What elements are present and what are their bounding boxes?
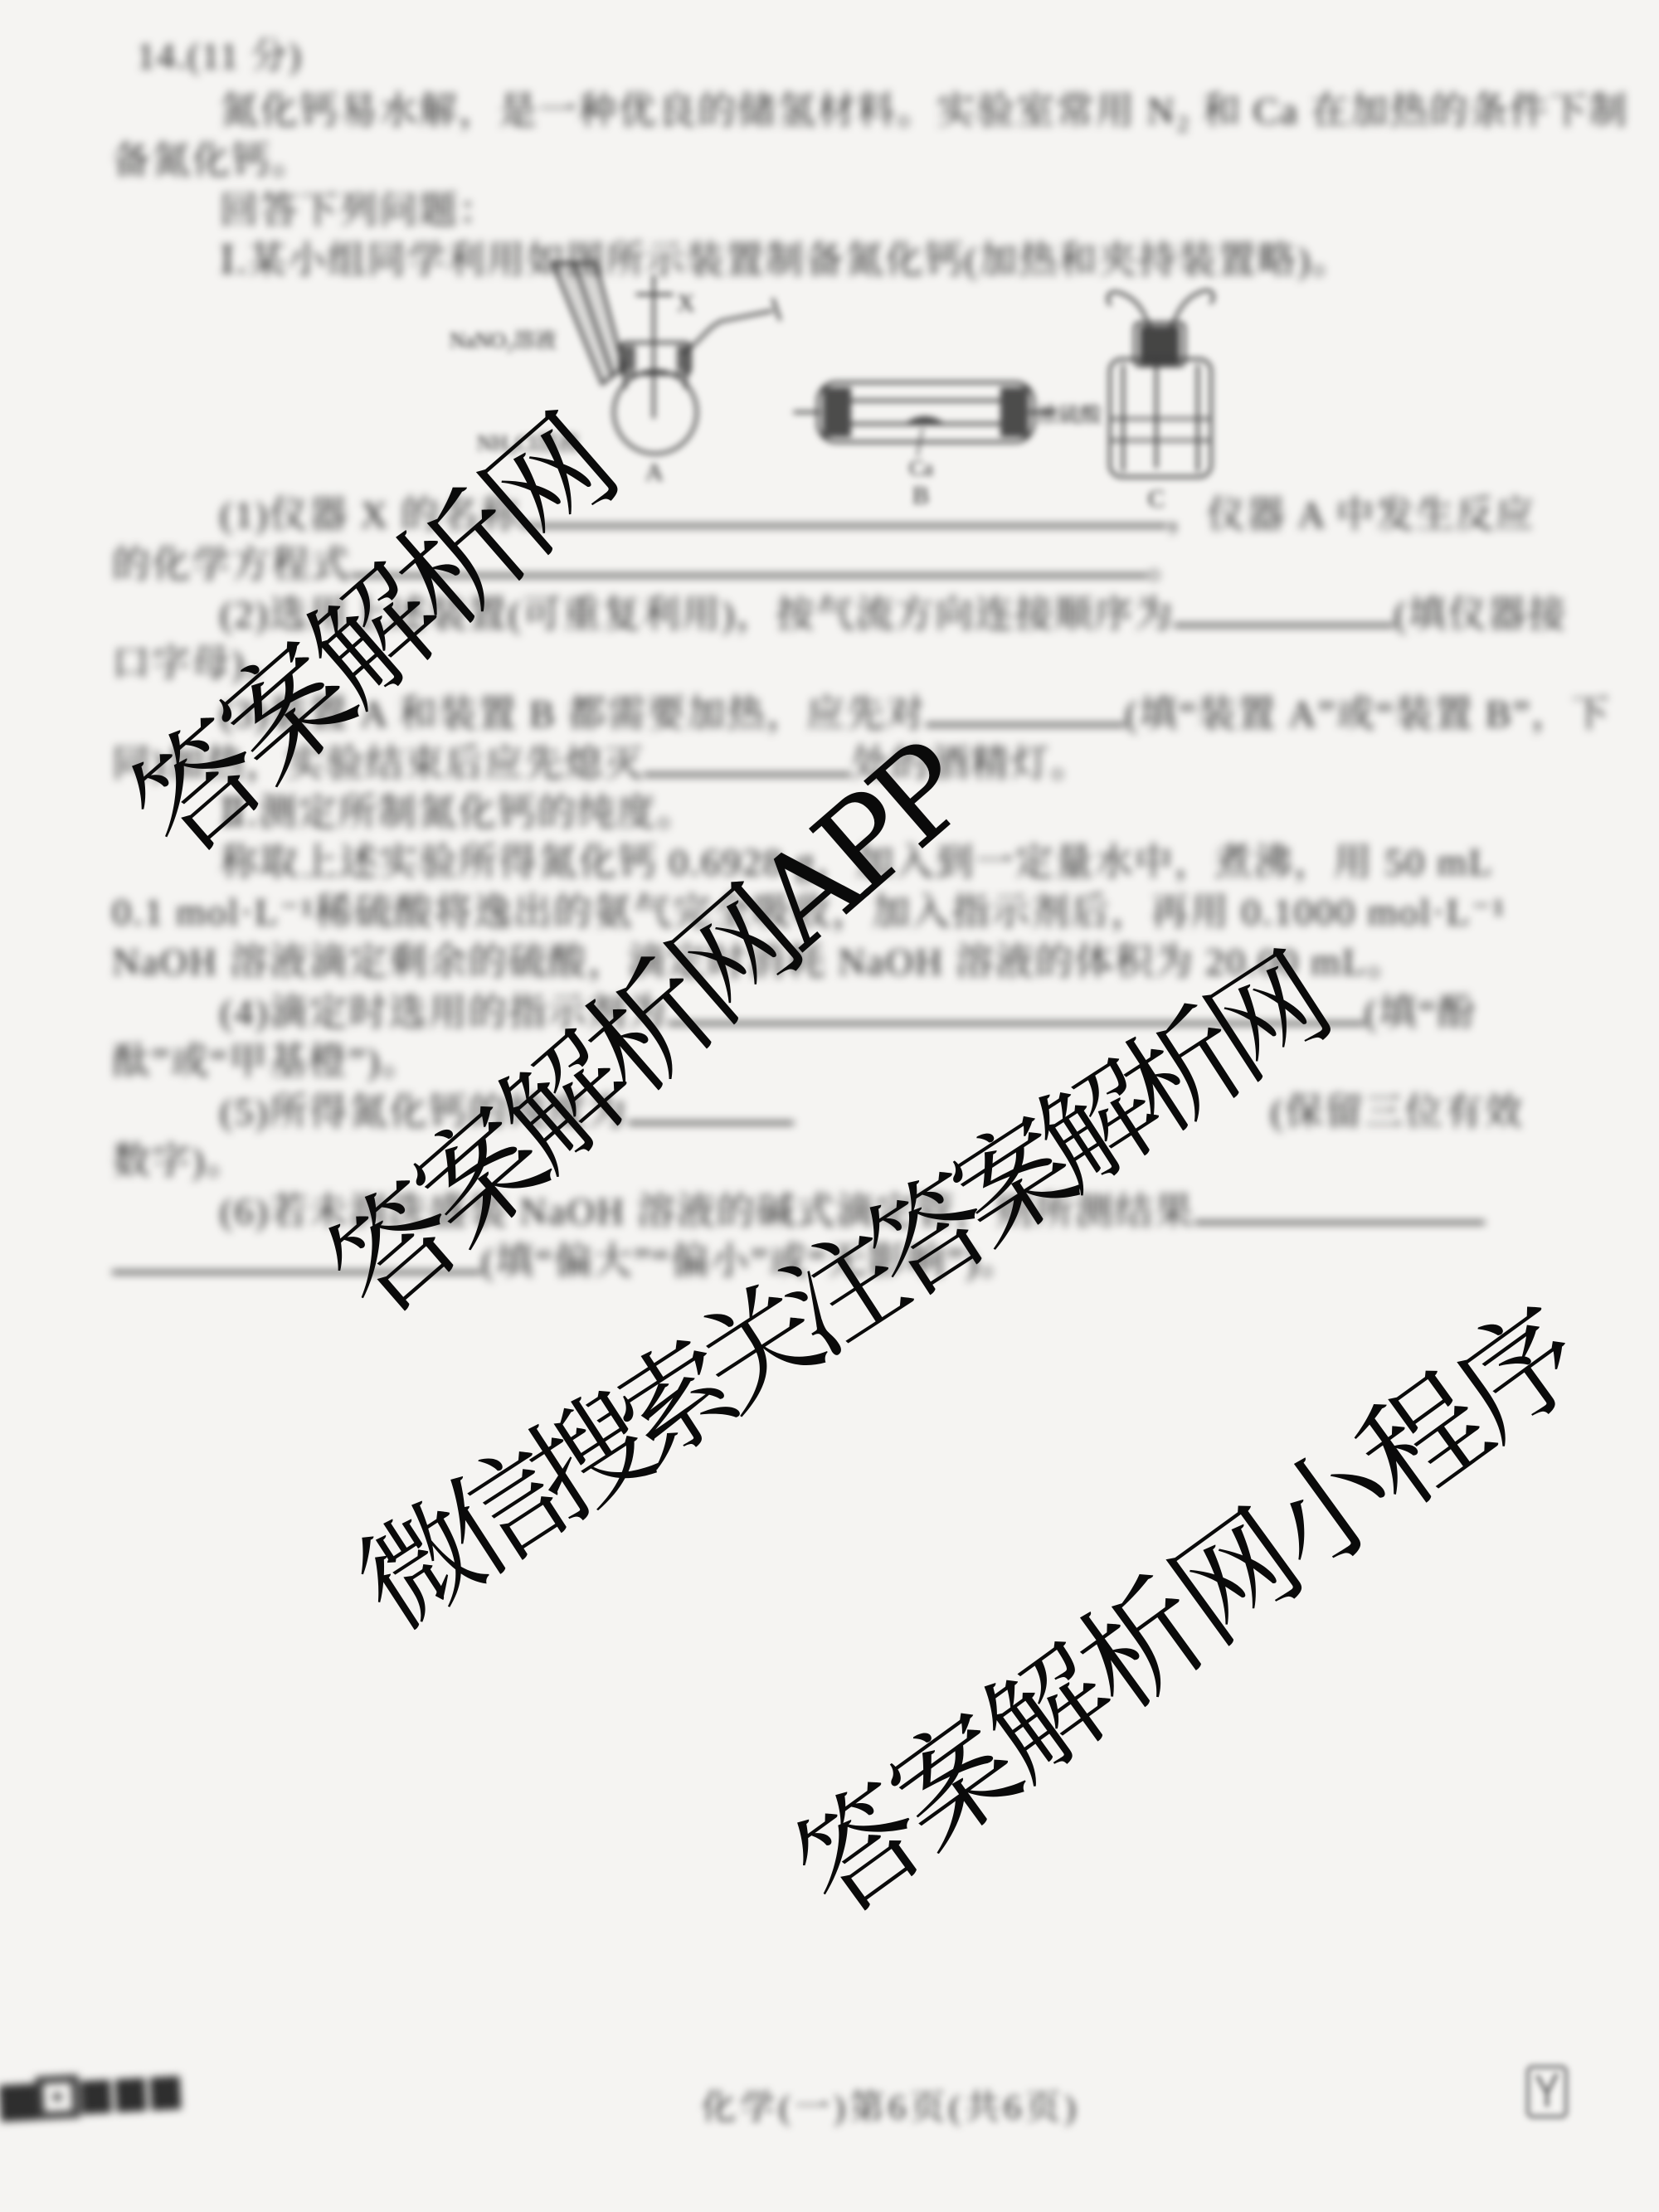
doc-line: 14.(11 分) (137, 33, 303, 80)
footer-mark-char (115, 2078, 147, 2112)
answer-blank (1174, 591, 1394, 627)
calcium-label: Ca (909, 456, 933, 480)
text-segment: (保留三位有效 (1271, 1089, 1524, 1135)
doc-line: 数字)。 (112, 1138, 246, 1184)
calcium-sample (904, 416, 946, 424)
text-segment: 氮化钙易水解，是一种优良的储氢材料。实验室常用 N₂ 和 Ca 在加热的条件下制 (220, 88, 1628, 134)
text-segment: 回答下列问题： (220, 187, 499, 234)
footer-page-info: 化学(一)第6页(共6页) (701, 2080, 1080, 2130)
text-segment: 备氮化钙。 (112, 138, 311, 184)
doc-line: 氮化钙易水解，是一种优良的储氢材料。实验室常用 N₂ 和 Ca 在加热的条件下制 (220, 88, 1628, 134)
watermark-4: 答案解析网小程序 (755, 1261, 1609, 1947)
doc-line: 的化学方程式。 (112, 541, 1187, 588)
text-segment: Ⅰ.某小组同学利用如图所示装置制备氮化钙(加热和夹持装置略)。 (220, 237, 1351, 284)
apparatus-a-label: A (645, 459, 664, 486)
doc-line: 酞”或“甲基橙”)。 (112, 1038, 421, 1085)
footer-corner-icon (1523, 2062, 1571, 2123)
text-segment: 14.(11 分) (137, 33, 303, 80)
doc-line: Ⅰ.某小组同学利用如图所示装置制备氮化钙(加热和夹持装置略)。 (220, 237, 1351, 284)
text-segment: ，仪器 A 中发生反应 (1167, 492, 1535, 538)
funnel-reagent-label: NaNO₂溶液 (450, 328, 557, 352)
footer-mark-char (80, 2079, 112, 2114)
answer-blank (1194, 1188, 1485, 1224)
footer-mark-logo (35, 2074, 80, 2120)
apparatus-b-heating-tube (795, 382, 1055, 455)
text-segment: (填仪器接 (1394, 591, 1567, 638)
footer-left-mark (0, 2063, 214, 2141)
answer-blank (926, 690, 1125, 727)
doc-line: 备氮化钙。 (112, 138, 311, 184)
apparatus-a-generator (552, 263, 780, 454)
footer-mark-block (0, 2083, 37, 2122)
bottle-reagent-label: 浓硫酸 (1037, 403, 1102, 427)
outlet-tube (684, 311, 771, 352)
instrument-x-label: X (677, 289, 695, 317)
text-segment: (填“装置 A”或“装置 B”，下 (1125, 691, 1611, 737)
text-segment: 酞”或“甲基橙”)。 (112, 1038, 421, 1085)
apparatus-c-gas-bottle (1108, 290, 1214, 477)
scanned-exam-page: NaNO₂溶液 NH₄Cl溶液 X A Ca B 浓硫酸 C 14.(11 分)… (0, 0, 1659, 2212)
doc-line: 回答下列问题： (220, 187, 499, 234)
text-segment: (填“酚 (1365, 989, 1477, 1036)
text-segment: 数字)。 (112, 1138, 246, 1184)
doc-line: (3)装置 A 和装置 B 都需要加热，应先对(填“装置 A”或“装置 B”，下 (220, 690, 1611, 737)
text-segment: 。 (1147, 542, 1187, 588)
footer-mark-char (150, 2076, 182, 2111)
